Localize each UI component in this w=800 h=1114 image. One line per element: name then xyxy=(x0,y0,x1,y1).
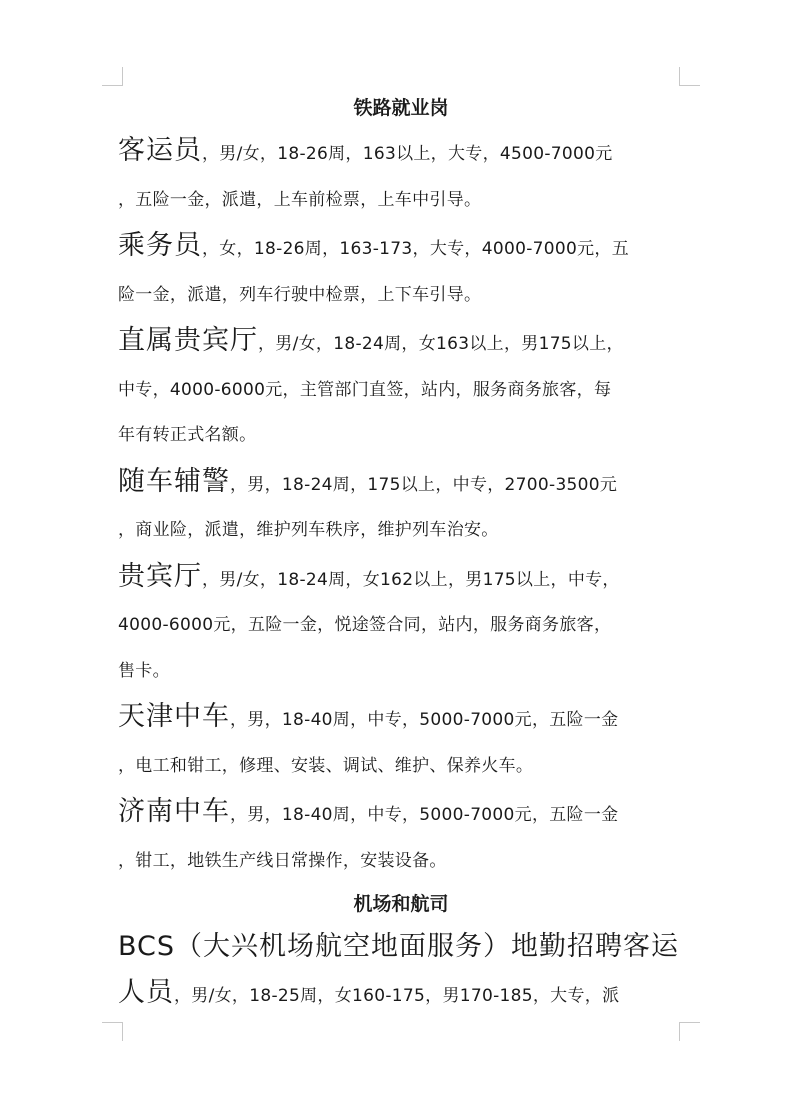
job-details: ，男，18-40周，中专，5000-7000元，五险一金 xyxy=(230,710,618,730)
job-details: ，男，18-24周，175以上，中专，2700-3500元 xyxy=(230,475,617,495)
entry-line: ，五险一金，派遣，上车前检票，上车中引导。 xyxy=(118,178,684,224)
entry-line: 险一金，派遣，列车行驶中检票，上下车引导。 xyxy=(118,273,684,319)
section-title-airport: 机场和航司 xyxy=(118,884,684,924)
job-details: ，男/女，18-24周，女163以上，男175以上， xyxy=(258,334,624,354)
entry-line: 随车辅警，男，18-24周，175以上，中专，2700-3500元 xyxy=(118,459,684,509)
entry-line: 直属贵宾厅，男/女，18-24周，女163以上，男175以上， xyxy=(118,318,684,368)
entry-line: 人员，男/女，18-25周，女160-175，男170-185，大专，派 xyxy=(118,970,684,1020)
job-name: 人员 xyxy=(118,977,174,1008)
job-details: ，女，18-26周，163-173，大专，4000-7000元，五 xyxy=(202,239,629,259)
entry-line: ，钳工，地铁生产线日常操作，安装设备。 xyxy=(118,839,684,885)
job-name: 天津中车 xyxy=(118,701,230,732)
job-details: ，男/女，18-26周，163以上，大专，4500-7000元 xyxy=(202,144,613,164)
entry-line: 天津中车，男，18-40周，中专，5000-7000元，五险一金 xyxy=(118,694,684,744)
job-name: 乘务员 xyxy=(118,230,202,261)
page-corner-mark-bottom-right xyxy=(679,1022,700,1041)
entry-line: 年有转正式名额。 xyxy=(118,413,684,459)
entry-line: 4000-6000元，五险一金，悦途签合同，站内，服务商务旅客， xyxy=(118,603,684,649)
job-name: 客运员 xyxy=(118,135,202,166)
entry-line: 客运员，男/女，18-26周，163以上，大专，4500-7000元 xyxy=(118,128,684,178)
entry-line: 贵宾厅，男/女，18-24周，女162以上，男175以上，中专， xyxy=(118,554,684,604)
job-details: ，男/女，18-25周，女160-175，男170-185，大专，派 xyxy=(174,986,619,1006)
page-corner-mark-top-left xyxy=(102,67,123,86)
entry-line: ，电工和钳工，修理、安装、调试、维护、保养火车。 xyxy=(118,744,684,790)
job-details: ，男/女，18-24周，女162以上，男175以上，中专， xyxy=(202,570,620,590)
page-corner-mark-top-right xyxy=(679,67,700,86)
entry-line: 乘务员，女，18-26周，163-173，大专，4000-7000元，五 xyxy=(118,223,684,273)
page-corner-mark-bottom-left xyxy=(102,1022,123,1041)
section-title-railway: 铁路就业岗 xyxy=(118,88,684,128)
document-page: 铁路就业岗 客运员，男/女，18-26周，163以上，大专，4500-7000元… xyxy=(118,88,684,1020)
entry-line: BCS（大兴机场航空地面服务）地勤招聘客运 xyxy=(118,924,684,970)
entry-line: 济南中车，男，18-40周，中专，5000-7000元，五险一金 xyxy=(118,789,684,839)
job-details: ，男，18-40周，中专，5000-7000元，五险一金 xyxy=(230,805,618,825)
job-name: 济南中车 xyxy=(118,796,230,827)
entry-line: 中专，4000-6000元，主管部门直签，站内，服务商务旅客，每 xyxy=(118,368,684,414)
entry-line: ，商业险，派遣，维护列车秩序，维护列车治安。 xyxy=(118,508,684,554)
entry-line: 售卡。 xyxy=(118,649,684,695)
job-name: 贵宾厅 xyxy=(118,561,202,592)
job-name: 直属贵宾厅 xyxy=(118,325,258,356)
job-name: 随车辅警 xyxy=(118,466,230,497)
